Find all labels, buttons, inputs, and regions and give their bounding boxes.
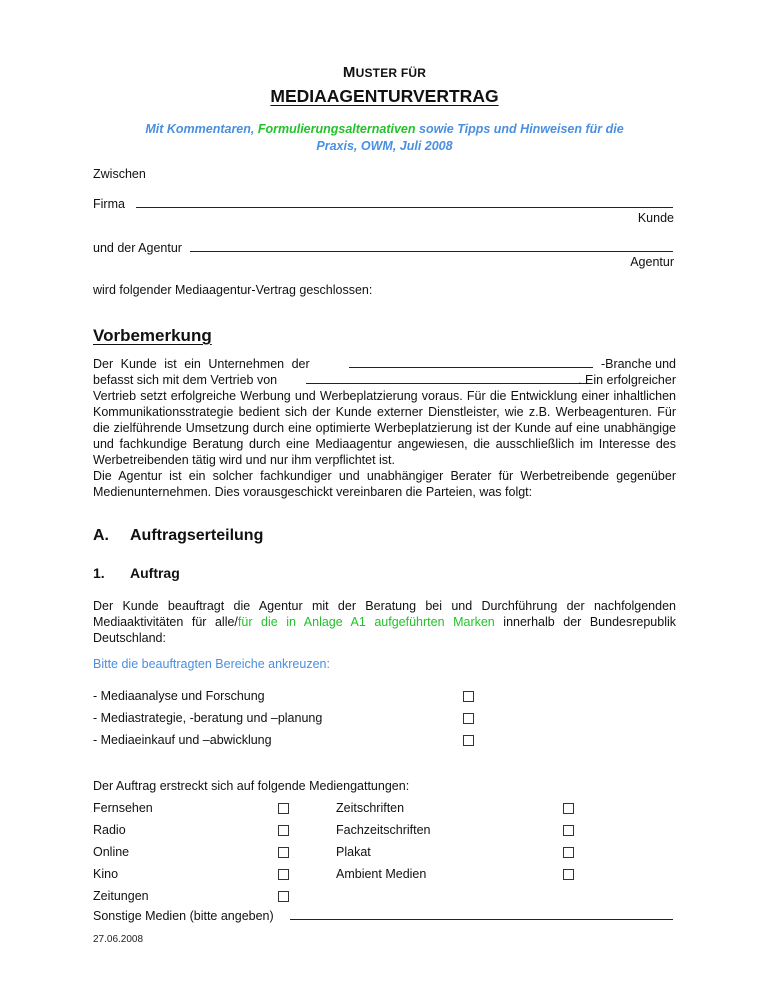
- checkbox-label: Zeitungen: [93, 888, 149, 904]
- checkbox[interactable]: [463, 735, 474, 746]
- firma-field[interactable]: [136, 196, 673, 208]
- checkbox-label: Radio: [93, 822, 126, 838]
- preamble-paragraph-2: Die Agentur ist ein solcher fachkundiger…: [93, 468, 676, 500]
- subtitle-line2: Praxis, OWM, Juli 2008: [316, 139, 452, 153]
- preamble-line2-suffix: . Ein erfolgreicher: [578, 372, 676, 388]
- checkbox[interactable]: [278, 825, 289, 836]
- supertitle-rest: USTER FÜR: [356, 66, 426, 80]
- subtitle-part3: sowie Tipps und Hinweisen für die: [416, 122, 624, 136]
- checkbox[interactable]: [563, 869, 574, 880]
- checkbox-label: Plakat: [336, 844, 371, 860]
- checkbox[interactable]: [463, 713, 474, 724]
- preamble-heading: Vorbemerkung: [93, 326, 212, 346]
- document-title: MEDIAAGENTURVERTRAG: [93, 86, 676, 107]
- section-a-number: A.: [93, 527, 109, 545]
- section-1-title: Auftrag: [130, 565, 180, 581]
- checkbox-label: - Mediaeinkauf und –abwicklung: [93, 732, 272, 748]
- checkbox[interactable]: [278, 891, 289, 902]
- other-media-row: Sonstige Medien (bitte angeben): [93, 908, 676, 924]
- preamble-line2: befasst sich mit dem Vertrieb von . Ein …: [93, 372, 676, 388]
- document-subtitle: Mit Kommentaren, Formulierungsalternativ…: [93, 121, 676, 155]
- checkbox[interactable]: [278, 803, 289, 814]
- preamble-paragraph-1: Vertrieb setzt erfolgreiche Werbung und …: [93, 388, 676, 468]
- checkbox[interactable]: [563, 803, 574, 814]
- checkbox-label: Ambient Medien: [336, 866, 426, 882]
- product-field[interactable]: [306, 372, 589, 384]
- instruction-text: Bitte die beauftragten Bereiche ankreuze…: [93, 656, 330, 672]
- other-media-label: Sonstige Medien (bitte angeben): [93, 909, 274, 923]
- checkbox-label: Online: [93, 844, 129, 860]
- industry-field[interactable]: [349, 356, 593, 368]
- section-1-number: 1.: [93, 565, 105, 581]
- agentur-field[interactable]: [190, 240, 673, 252]
- checkbox-label: - Mediastrategie, -beratung und –planung: [93, 710, 322, 726]
- order-text-option: für die in Anlage A1 aufgeführten Marken: [238, 615, 495, 629]
- checkbox-label: Zeitschriften: [336, 800, 404, 816]
- other-media-field[interactable]: [290, 908, 673, 920]
- checkbox[interactable]: [563, 847, 574, 858]
- kunde-label: Kunde: [93, 210, 674, 226]
- subtitle-part1: Mit Kommentaren,: [145, 122, 258, 136]
- preamble-line1-suffix: -Branche und: [601, 356, 676, 372]
- between-label: Zwischen: [93, 166, 146, 182]
- agentur-label: Agentur: [93, 254, 674, 270]
- agentur-prefix: und der Agentur: [93, 241, 182, 255]
- supertitle-initial: M: [343, 64, 356, 81]
- section-a-title: Auftragserteilung: [130, 527, 263, 545]
- checkbox[interactable]: [463, 691, 474, 702]
- order-paragraph: Der Kunde beauftragt die Agentur mit der…: [93, 598, 676, 646]
- firma-label: Firma: [93, 197, 125, 211]
- checkbox-label: Kino: [93, 866, 118, 882]
- footer-date: 27.06.2008: [93, 934, 143, 945]
- document-supertitle: MUSTER FÜR: [93, 64, 676, 81]
- checkbox[interactable]: [563, 825, 574, 836]
- preamble-line1: Der Kunde ist ein Unternehmen der -Branc…: [93, 356, 676, 372]
- preamble-line2-text: befasst sich mit dem Vertrieb von: [93, 373, 277, 387]
- checkbox-label: Fachzeitschriften: [336, 822, 430, 838]
- media-intro: Der Auftrag erstreckt sich auf folgende …: [93, 778, 409, 794]
- closing-statement: wird folgender Mediaagentur-Vertrag gesc…: [93, 282, 372, 298]
- preamble-line1-text: Der Kunde ist ein Unternehmen der: [93, 357, 310, 371]
- checkbox-label: Fernsehen: [93, 800, 153, 816]
- checkbox-label: - Mediaanalyse und Forschung: [93, 688, 265, 704]
- checkbox[interactable]: [278, 847, 289, 858]
- subtitle-highlight: Formulierungsalternativen: [258, 122, 416, 136]
- checkbox[interactable]: [278, 869, 289, 880]
